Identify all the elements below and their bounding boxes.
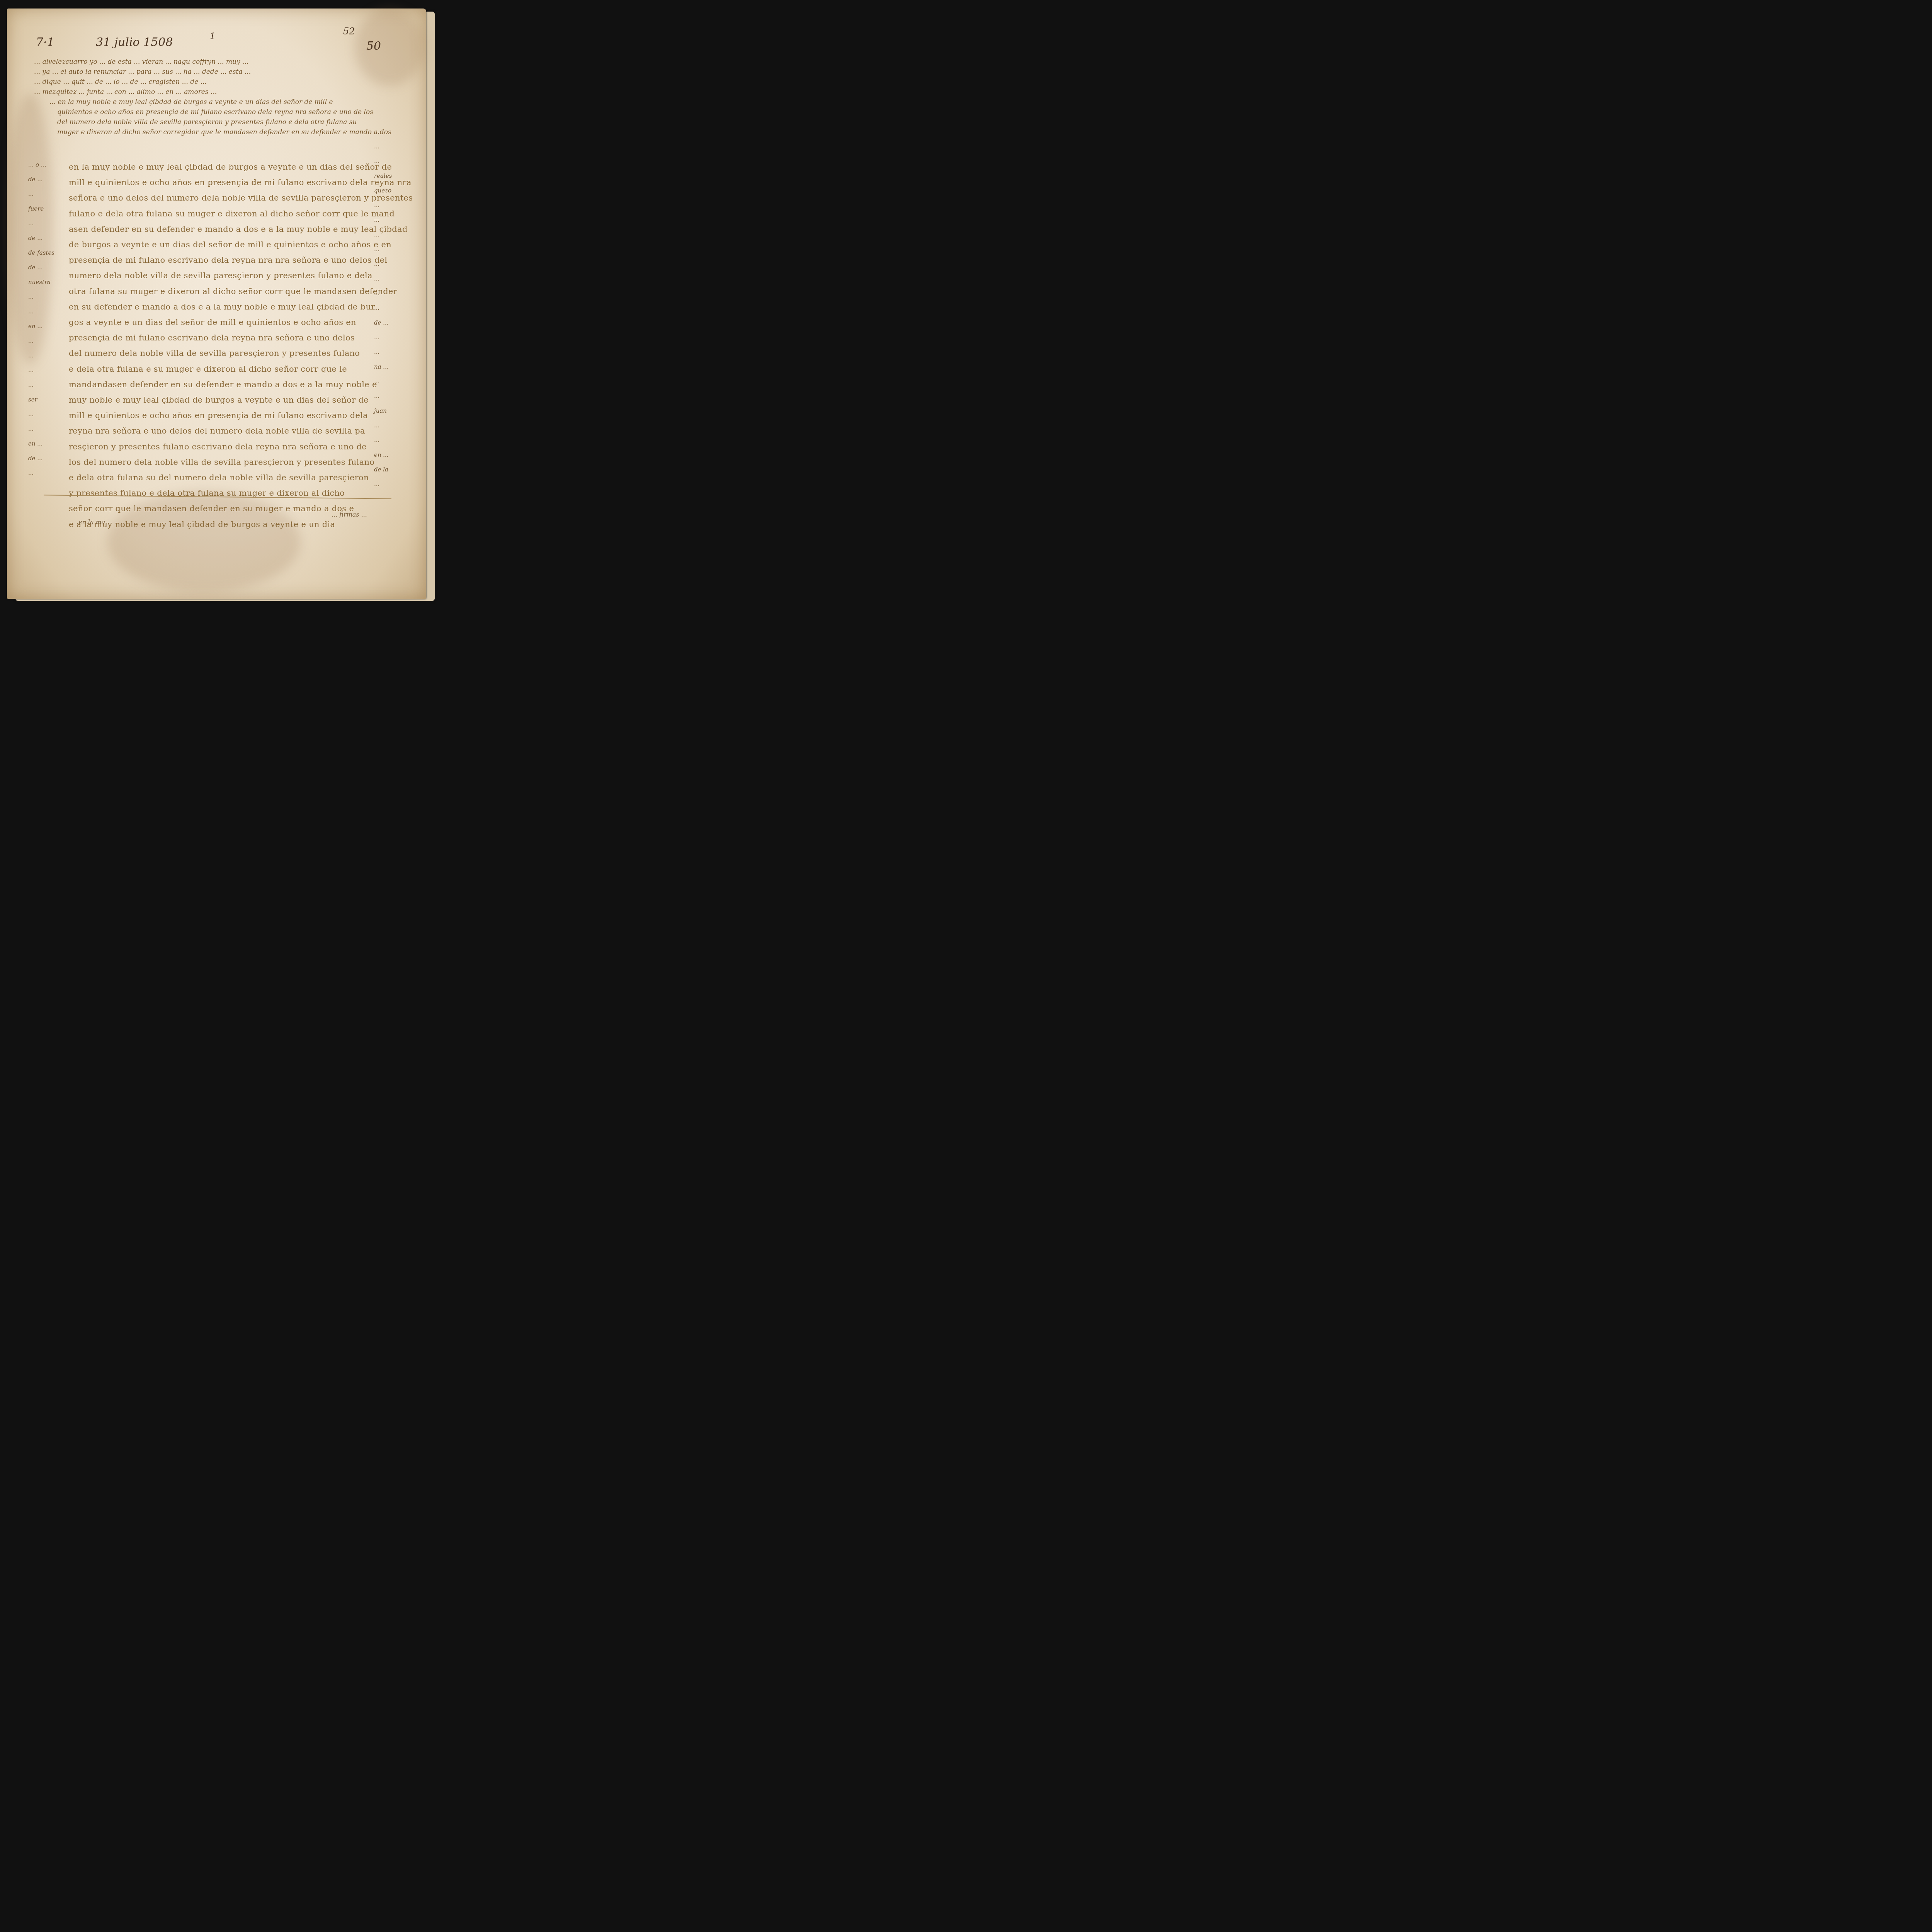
draft-line: del numero dela noble villa de sevilla p… bbox=[34, 117, 405, 127]
margin-note: ... bbox=[374, 389, 417, 403]
margin-note: en ... bbox=[28, 436, 71, 451]
margin-note: ... bbox=[374, 345, 417, 359]
top-center-mark: 1 bbox=[210, 32, 215, 41]
margin-note: ... bbox=[374, 154, 417, 168]
draft-line: ... en la muy noble e muy leal çibdad de… bbox=[34, 97, 405, 107]
text-line: resçieron y presentes fulano escrivano d… bbox=[69, 439, 378, 454]
margin-note: ... bbox=[374, 374, 417, 389]
text-line: y presentes fulano e dela otra fulana su… bbox=[69, 485, 378, 501]
margin-note: ... bbox=[374, 257, 417, 271]
top-right-number: 52 bbox=[343, 26, 355, 37]
margin-note: ... bbox=[374, 301, 417, 315]
margin-note: na ... bbox=[374, 359, 417, 374]
margin-note: ... bbox=[374, 271, 417, 286]
margin-note: ... o ... bbox=[28, 157, 71, 172]
margin-note: ... bbox=[374, 477, 417, 492]
margin-note: en ... bbox=[374, 447, 417, 462]
main-text-block: en la muy noble e muy leal çibdad de bur… bbox=[69, 159, 378, 532]
text-line: de burgos a veynte e un dias del señor d… bbox=[69, 237, 378, 252]
margin-note: ... bbox=[374, 124, 417, 139]
date-heading: 31 julio 1508 bbox=[96, 36, 173, 49]
margin-note: ... bbox=[374, 198, 417, 213]
text-line: e a la muy noble e muy leal çibdad de bu… bbox=[69, 517, 378, 532]
text-line: numero dela noble villa de sevilla pares… bbox=[69, 268, 378, 283]
margin-note: ... bbox=[374, 227, 417, 242]
margin-note: ... bbox=[28, 304, 71, 319]
text-line: reyna nra señora e uno delos del numero … bbox=[69, 423, 378, 439]
margin-note: quezo bbox=[374, 183, 417, 198]
left-mark: 7·1 bbox=[36, 36, 54, 49]
margin-note: ... bbox=[28, 407, 71, 422]
margin-note: de ... bbox=[28, 451, 71, 466]
margin-note: ... bbox=[28, 363, 71, 378]
text-line: mandandasen defender en su defender e ma… bbox=[69, 377, 378, 392]
text-line: señora e uno delos del numero dela noble… bbox=[69, 190, 378, 206]
text-line: muy noble e muy leal çibdad de burgos a … bbox=[69, 392, 378, 408]
margin-note: ... bbox=[28, 422, 71, 436]
draft-line: muger e dixeron al dicho señor corregido… bbox=[34, 127, 405, 137]
margin-note: ... bbox=[374, 418, 417, 433]
margin-note: nuestra bbox=[28, 275, 71, 289]
margin-note: ... bbox=[28, 216, 71, 231]
text-line: mill e quinientos e ocho años en presenç… bbox=[69, 408, 378, 423]
margin-note: ... bbox=[374, 433, 417, 447]
margin-note: fuere bbox=[28, 201, 71, 216]
margin-note: ... bbox=[374, 330, 417, 345]
margin-note: de ... bbox=[28, 231, 71, 245]
margin-note: reales bbox=[374, 168, 417, 183]
margin-note: en ... bbox=[28, 319, 71, 333]
margin-note: de la bbox=[374, 462, 417, 477]
text-line: presençia de mi fulano escrivano dela re… bbox=[69, 330, 378, 345]
text-line: asen defender en su defender e mando a d… bbox=[69, 221, 378, 237]
margin-note: ser bbox=[28, 392, 71, 407]
draft-line: quinientos e ocho años en presençia de m… bbox=[34, 107, 405, 117]
text-line: gos a veynte e un dias del señor de mill… bbox=[69, 315, 378, 330]
margin-note: ... bbox=[374, 139, 417, 154]
margin-note: ... bbox=[28, 289, 71, 304]
left-margin-notes: ... o ... de ... ... fuere ... de ... de… bbox=[28, 157, 71, 480]
folio-number: 50 bbox=[366, 39, 381, 53]
bottom-left-note: en la ma... bbox=[78, 519, 111, 526]
draft-line: ... mezquitez ... junta ... con ... alim… bbox=[34, 87, 405, 97]
text-line: del numero dela noble villa de sevilla p… bbox=[69, 345, 378, 361]
margin-note: ... bbox=[28, 348, 71, 363]
margin-note: de fastes bbox=[28, 245, 71, 260]
text-line: los del numero dela noble villa de sevil… bbox=[69, 454, 378, 470]
text-line: presençia de mi fulano escrivano dela re… bbox=[69, 252, 378, 268]
text-line: mill e quinientos e ocho años en presenç… bbox=[69, 175, 378, 190]
text-line: en la muy noble e muy leal çibdad de bur… bbox=[69, 159, 378, 175]
margin-note: ... bbox=[374, 242, 417, 257]
margin-note: de ... bbox=[374, 315, 417, 330]
draft-line: ... dique ... quit ... de ... lo ... de … bbox=[34, 77, 405, 87]
margin-note: ... bbox=[28, 333, 71, 348]
bottom-right-signatures: ... firmas ... bbox=[332, 511, 367, 518]
text-line: en su defender e mando a dos e a la muy … bbox=[69, 299, 378, 315]
margin-note: de ... bbox=[28, 172, 71, 187]
margin-note: de ... bbox=[28, 260, 71, 275]
manuscript-page: 7·1 31 julio 1508 1 52 50 ... alvelezcua… bbox=[7, 9, 426, 599]
text-line: otra fulana su muger e dixeron al dicho … bbox=[69, 284, 378, 299]
text-line: e dela otra fulana e su muger e dixeron … bbox=[69, 361, 378, 377]
draft-line: ... alvelezcuarro yo ... de esta ... vie… bbox=[34, 57, 405, 67]
margin-note: ... bbox=[28, 466, 71, 480]
margin-note: ... bbox=[28, 378, 71, 392]
text-line: fulano e dela otra fulana su muger e dix… bbox=[69, 206, 378, 221]
text-line: e dela otra fulana su del numero dela no… bbox=[69, 470, 378, 485]
margin-note: ... bbox=[28, 187, 71, 201]
right-margin-notes: ... ... ... reales quezo ... ... ... ...… bbox=[374, 124, 417, 492]
draft-text-block: ... alvelezcuarro yo ... de esta ... vie… bbox=[34, 57, 405, 137]
margin-note: ... bbox=[374, 213, 417, 227]
margin-note: juan bbox=[374, 403, 417, 418]
margin-note: ... bbox=[374, 286, 417, 301]
draft-line: ... ya ... el auto la renunciar ... para… bbox=[34, 67, 405, 77]
